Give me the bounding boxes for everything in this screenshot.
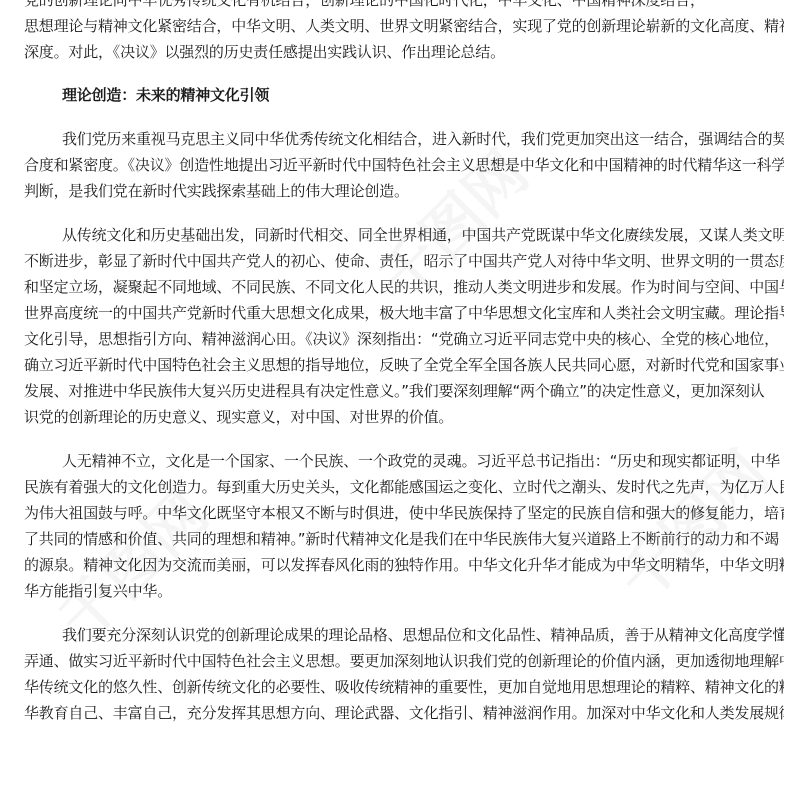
paragraph-line: 思想理论与精神文化紧密结合，中华文明、人类文明、世界文明紧密结合，实现了党的创新… [24,13,784,39]
paragraph-line: 华教育自己、丰富自己，充分发挥其思想方向、理论武器、文化指引、精神滋润作用。加深… [24,700,784,726]
paragraph-line: 从传统文化和历史基础出发，同新时代相交、同全世界相通，中国共产党既谋中华文化赓续… [62,222,784,248]
paragraph-line: 华方能指引复兴中华。 [24,578,784,604]
paragraph-line: 判断，是我们党在新时代实践探索基础上的伟大理论创造。 [24,178,784,204]
section-heading: 理论创造：未来的精神文化引领 [62,82,784,108]
paragraph-line: 的源泉。精神文化因为交流而美丽，可以发挥春风化雨的独特作用。中华文化升华才能成为… [24,552,784,578]
paragraph-line: 人无精神不立，文化是一个国家、一个民族、一个政党的灵魂。习近平总书记指出：“历史… [62,448,784,474]
paragraph-line: 确立习近平新时代中国特色社会主义思想的指导地位，反映了全党全军全国各族人民共同心… [24,352,784,378]
paragraph-line: 民族有着强大的文化创造力。每到重大历史关头，文化都能感国运之变化、立时代之潮头、… [24,474,784,500]
paragraph-line: 了共同的情感和价值、共同的理想和精神。”新时代精神文化是我们在中华民族伟大复兴道… [24,526,784,552]
paragraph-line: 深度。对此，《决议》以强烈的历史责任感提出实践认识、作出理论总结。 [24,39,784,65]
paragraph-line: 文化引导，思想指引方向、精神滋润心田。《决议》深刻指出：“党确立习近平同志党中央… [24,326,784,352]
paragraph-line: 识党的创新理论的历史意义、现实意义，对中国、对世界的价值。 [24,404,784,430]
paragraph-line: 和坚定立场，凝聚起不同地域、不同民族、不同文化人民的共识，推动人类文明进步和发展… [24,274,784,300]
paragraph-line: 我们党历来重视马克思主义同中华优秀传统文化相结合，进入新时代，我们党更加突出这一… [62,126,784,152]
paragraph-line: 合度和紧密度。《决议》创造性地提出习近平新时代中国特色社会主义思想是中华文化和中… [24,152,784,178]
paragraph-line: 世界高度统一的中国共产党新时代重大思想文化成果，极大地丰富了中华思想文化宝库和人… [24,300,784,326]
paragraph-line: 党的创新理论同中华优秀传统文化有机结合，创新理论的中国化时代化，中华文化、中国精… [24,0,784,13]
paragraph-line: 不断进步，彰显了新时代中国共产党人的初心、使命、责任，昭示了中国共产党人对待中华… [24,248,784,274]
paragraph-line: 华传统文化的悠久性、创新传统文化的必要性、吸收传统精神的重要性，更加自觉地用思想… [24,674,784,700]
document-page: 千图网 千图网 千图网 党的创新理论同中华优秀传统文化有机结合，创新理论的中国化… [0,0,800,800]
paragraph-line: 弄通、做实习近平新时代中国特色社会主义思想。要更加深刻地认识我们党的创新理论的价… [24,648,784,674]
paragraph-line: 发展、对推进中华民族伟大复兴历史进程具有决定性意义。”我们要深刻理解“两个确立”… [24,378,784,404]
paragraph-line: 我们要充分深刻认识党的创新理论成果的理论品格、思想品位和文化品性、精神品质，善于… [62,622,784,648]
paragraph-line: 为伟大祖国鼓与呼。中华文化既坚守本根又不断与时俱进，使中华民族保持了坚定的民族自… [24,500,784,526]
